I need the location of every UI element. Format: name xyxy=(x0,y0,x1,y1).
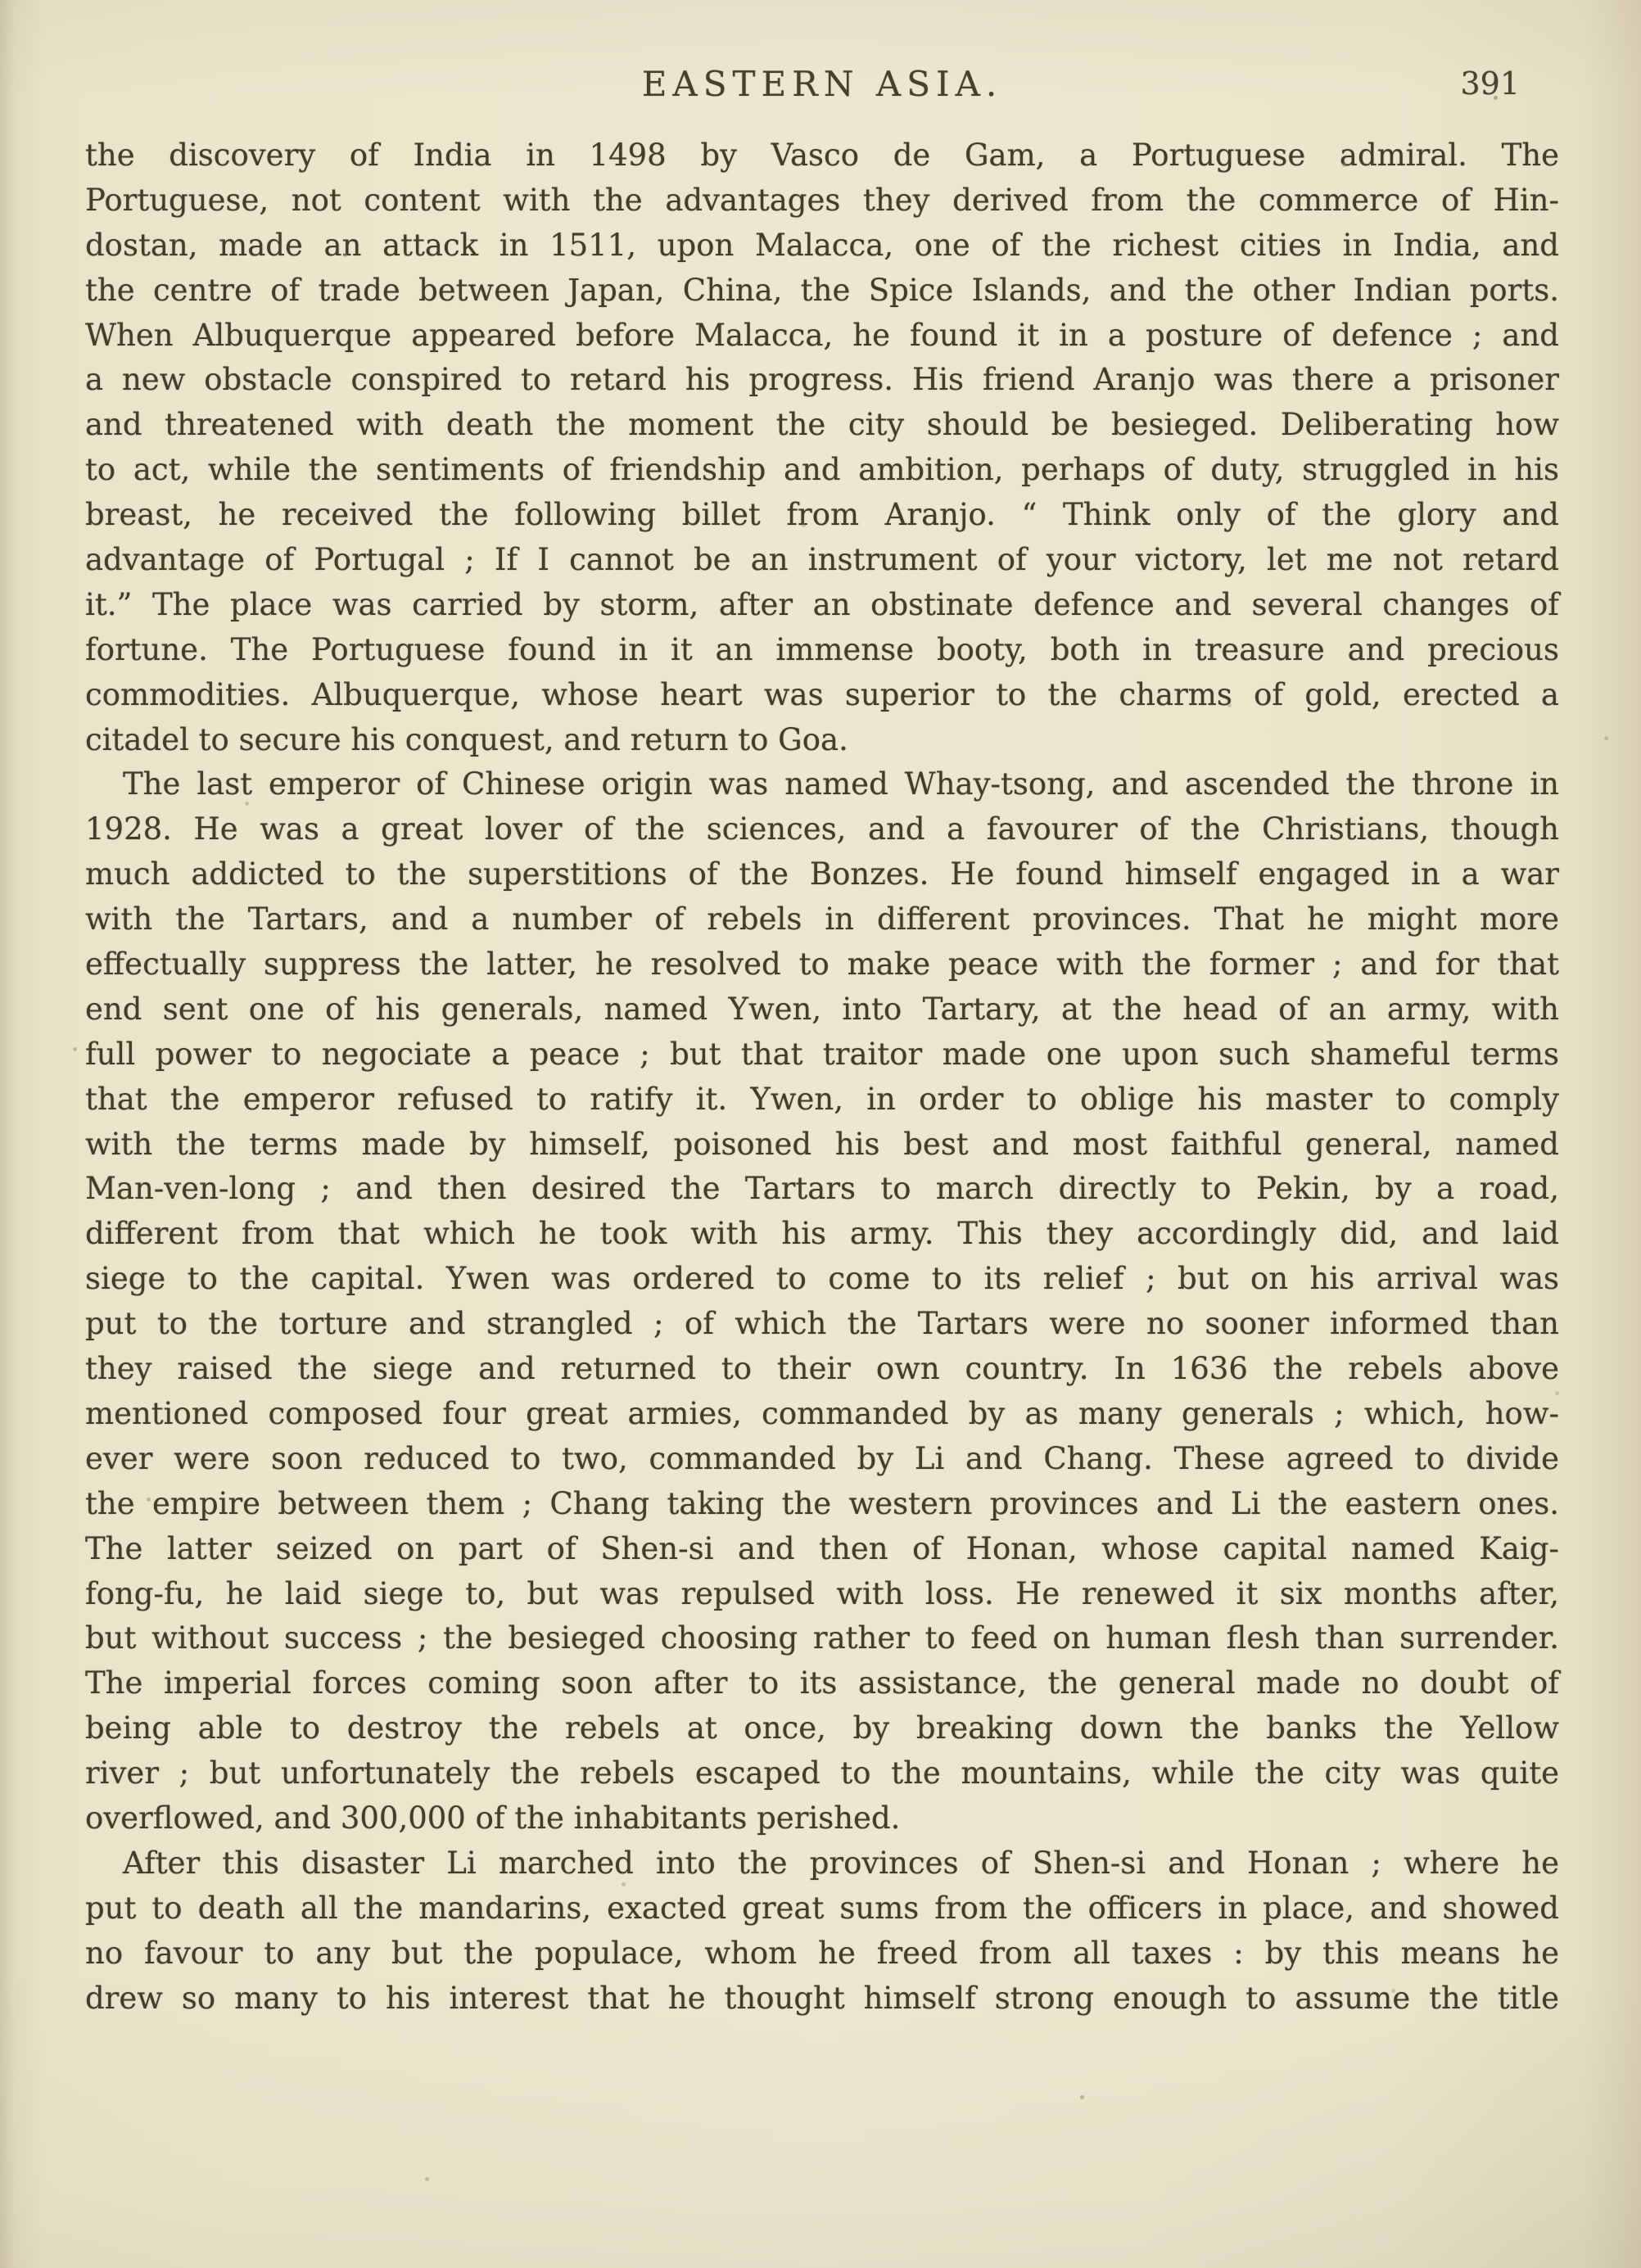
text-line: Portuguese, not content with the advanta… xyxy=(85,178,1559,224)
text-line: When Albuquerque appeared before Malacca… xyxy=(85,314,1559,359)
text-line: the empire between them ; Chang taking t… xyxy=(85,1482,1559,1527)
text-line: end sent one of his generals, named Ywen… xyxy=(85,987,1559,1032)
text-line: much addicted to the superstitions of th… xyxy=(85,852,1559,897)
book-page: EASTERN ASIA. 391 the discovery of India… xyxy=(0,0,1641,2268)
text-line: put to death all the mandarins, exacted … xyxy=(85,1886,1559,1931)
text-line: and threatened with death the moment the… xyxy=(85,403,1559,448)
text-line: that the emperor refused to ratify it. Y… xyxy=(85,1078,1559,1123)
text-line: The latter seized on part of Shen-si and… xyxy=(85,1527,1559,1572)
page-header: EASTERN ASIA. 391 xyxy=(85,64,1559,108)
text-line: siege to the capital. Ywen was ordered t… xyxy=(85,1257,1559,1302)
text-line: but without success ; the besieged choos… xyxy=(85,1616,1559,1661)
text-line: no favour to any but the populace, whom … xyxy=(85,1931,1559,1977)
text-line: drew so many to his interest that he tho… xyxy=(85,1977,1559,2022)
text-line: being able to destroy the rebels at once… xyxy=(85,1706,1559,1751)
paper-specks xyxy=(0,0,2,2)
text-line: put to the torture and strangled ; of wh… xyxy=(85,1302,1559,1347)
text-line: they raised the siege and returned to th… xyxy=(85,1347,1559,1392)
text-line: effectually suppress the latter, he reso… xyxy=(85,942,1559,987)
text-line: with the Tartars, and a number of rebels… xyxy=(85,897,1559,942)
text-line: breast, he received the following billet… xyxy=(85,493,1559,538)
running-title: EASTERN ASIA. xyxy=(85,64,1559,104)
text-line: advantage of Portugal ; If I cannot be a… xyxy=(85,538,1559,583)
text-line: overflowed, and 300,000 of the inhabitan… xyxy=(85,1796,1559,1841)
text-line: The imperial forces coming soon after to… xyxy=(85,1661,1559,1706)
text-block: the discovery of India in 1498 by Vasco … xyxy=(85,133,1559,2021)
text-line: The last emperor of Chinese origin was n… xyxy=(85,762,1559,807)
text-line: 1928. He was a great lover of the scienc… xyxy=(85,807,1559,852)
text-line: dostan, made an attack in 1511, upon Mal… xyxy=(85,224,1559,269)
text-line: different from that which he took with h… xyxy=(85,1212,1559,1257)
text-line: the centre of trade between Japan, China… xyxy=(85,269,1559,314)
text-line: river ; but unfortunately the rebels esc… xyxy=(85,1751,1559,1796)
text-line: commodities. Albuquerque, whose heart wa… xyxy=(85,673,1559,718)
page-number: 391 xyxy=(1460,66,1520,102)
text-line: mentioned composed four great armies, co… xyxy=(85,1392,1559,1437)
text-line: After this disaster Li marched into the … xyxy=(85,1841,1559,1886)
text-line: citadel to secure his conquest, and retu… xyxy=(85,718,1559,763)
text-line: fortune. The Portuguese found in it an i… xyxy=(85,628,1559,673)
text-line: the discovery of India in 1498 by Vasco … xyxy=(85,133,1559,178)
text-line: full power to negociate a peace ; but th… xyxy=(85,1032,1559,1078)
text-line: it.” The place was carried by storm, aft… xyxy=(85,583,1559,628)
text-line: fong-fu, he laid siege to, but was repul… xyxy=(85,1572,1559,1617)
text-line: to act, while the sentiments of friendsh… xyxy=(85,448,1559,493)
text-line: Man-ven-long ; and then desired the Tart… xyxy=(85,1167,1559,1212)
text-line: ever were soon reduced to two, commanded… xyxy=(85,1437,1559,1482)
text-line: a new obstacle conspired to retard his p… xyxy=(85,358,1559,403)
text-line: with the terms made by himself, poisoned… xyxy=(85,1123,1559,1168)
